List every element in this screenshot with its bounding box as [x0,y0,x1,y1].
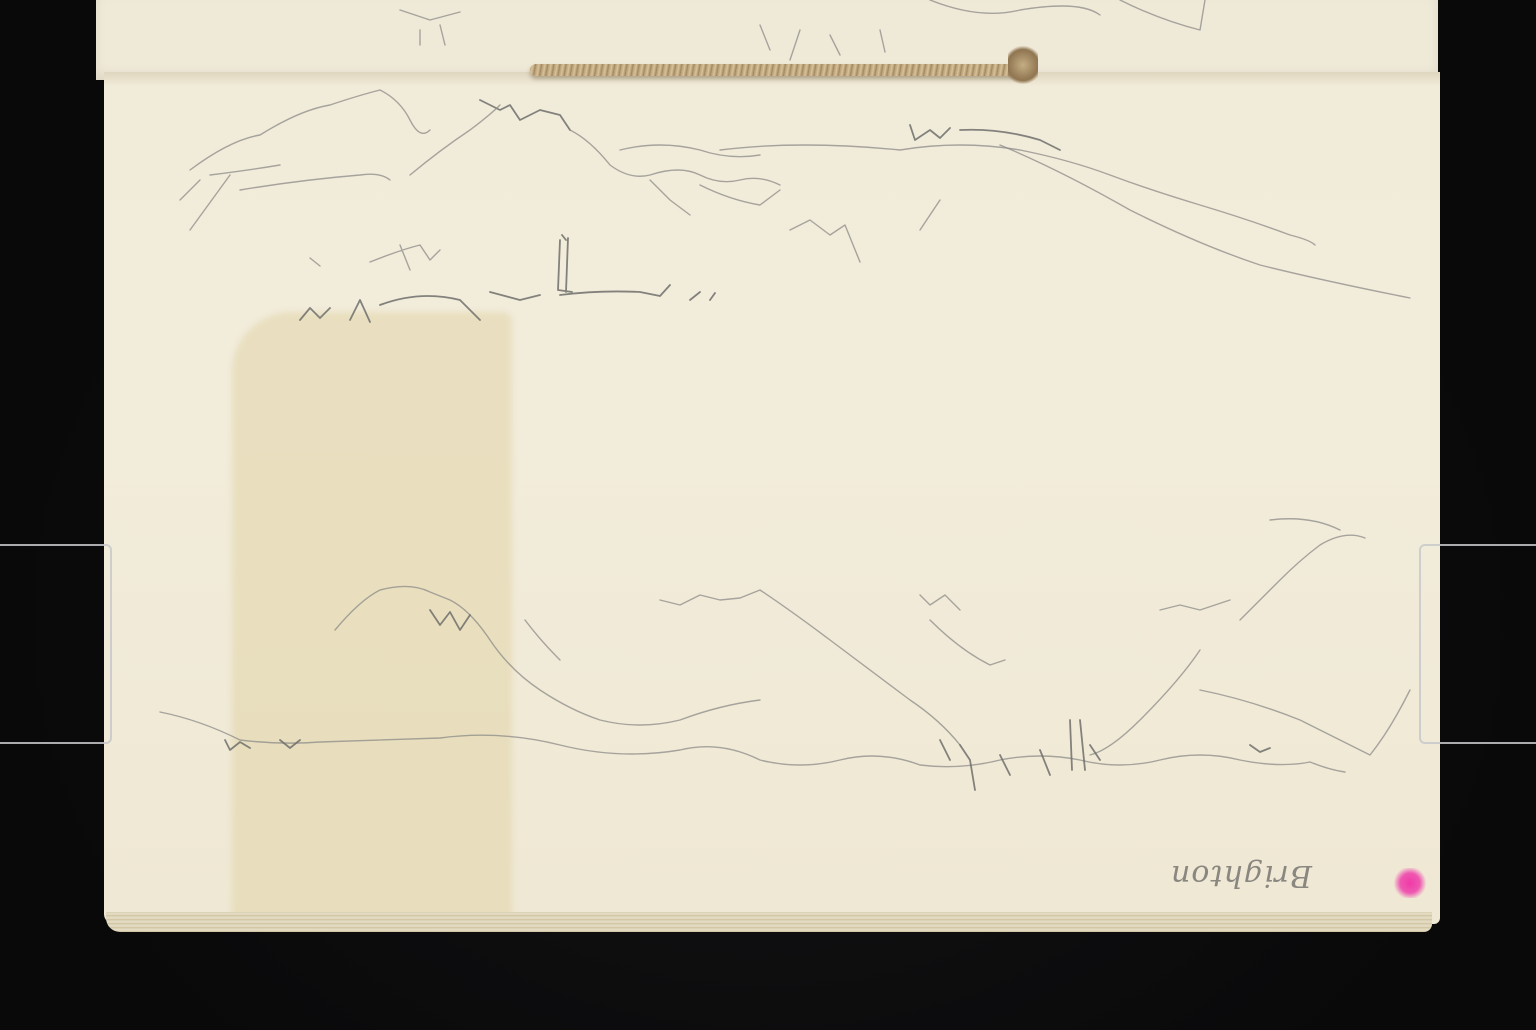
wire-clip-right [1419,544,1536,744]
wire-clip-left [0,544,112,744]
pink-mark [1394,868,1426,898]
pencil-inscription: Brighton [1170,858,1312,893]
sketchbook-photo: Brighton [0,0,1536,1030]
